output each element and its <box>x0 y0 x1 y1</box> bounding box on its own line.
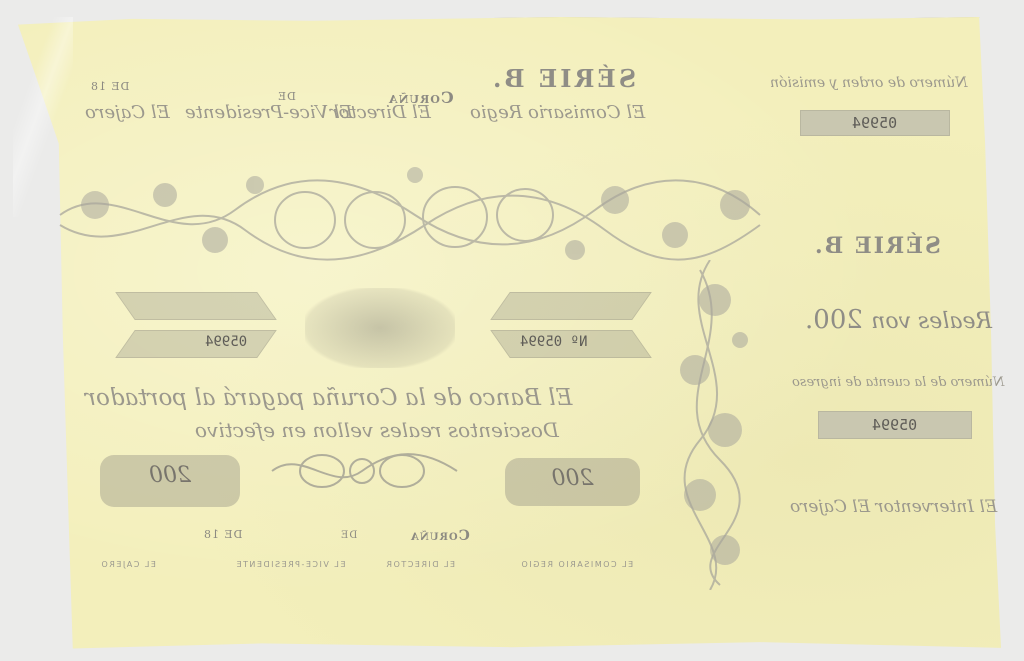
thistle-ornament-band <box>55 155 765 275</box>
panel-upper-left <box>115 292 277 320</box>
signature-vice-presidente: El Vice-Presidente <box>185 102 353 123</box>
de-label-bottom: DE <box>340 530 357 541</box>
counterfoil-signatures: El Interventor El Cajero <box>790 497 997 517</box>
panel-upper-right <box>490 292 652 320</box>
counterfoil-amount: Reales von 200. <box>805 305 992 335</box>
counterfoil-number-mid: 05994 <box>818 411 972 439</box>
panel-lower-left <box>115 330 277 358</box>
thistle-ornament-column <box>640 260 780 590</box>
date-year-label: DE 18 <box>90 80 129 93</box>
signature-comisario: El Comisario Regio <box>470 102 645 123</box>
promise-line-1: El Banco de la Coruña pagará al portador <box>85 385 572 411</box>
value-cartouche-right: 200 <box>505 458 640 506</box>
title-comisario: EL COMISARIO REGIO <box>520 560 633 569</box>
signature-cajero: El Cajero <box>85 102 170 123</box>
title-vice-presidente: EL VICE-PRESIDENTE <box>235 560 345 569</box>
counterfoil-label-top: Número de orden y emisión <box>770 75 967 91</box>
value-cartouche-left: 200 <box>100 455 240 507</box>
title-director: EL DIRECTOR <box>385 560 455 569</box>
counterfoil-label-mid: Número de la cuenta de ingreso <box>792 375 1004 390</box>
central-rosette-ornament <box>262 443 467 498</box>
counterfoil-number-top: 05994 <box>800 110 950 136</box>
serie-heading: SÉRIE B. <box>490 64 636 93</box>
city-label-bottom: Coruña <box>410 528 470 544</box>
date-year-label-bottom: DE 18 <box>203 528 242 541</box>
title-cajero: EL CAJERO <box>100 560 156 569</box>
central-vignette <box>305 288 455 368</box>
counterfoil-serie: SÉRIE B. <box>813 233 941 259</box>
promise-line-2: Doscientos reales vellon en efectivo <box>195 418 559 442</box>
serial-number-left: 05994 <box>205 334 247 350</box>
serial-number-right: Nº 05994 <box>520 334 587 350</box>
